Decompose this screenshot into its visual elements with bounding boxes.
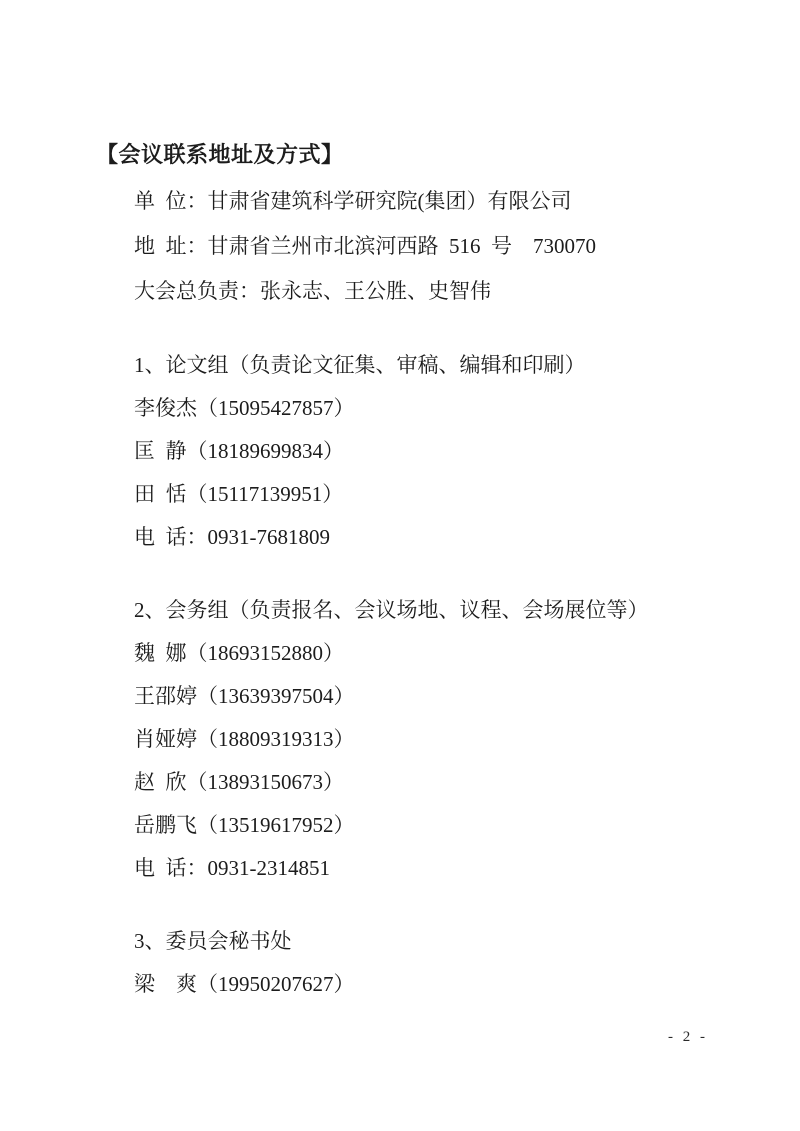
member-line: 李俊杰（15095427857） xyxy=(134,387,705,430)
group-phone-line: 电 话：0931-7681809 xyxy=(134,516,705,559)
member-line: 王邵婷（13639397504） xyxy=(134,675,705,718)
unit-line: 单 位：甘肃省建筑科学研究院(集团）有限公司 xyxy=(134,179,705,224)
member-line: 岳鹏飞（13519617952） xyxy=(134,804,705,847)
member-line: 田 恬（15117139951） xyxy=(134,473,705,516)
member-line: 肖娅婷（18809319313） xyxy=(134,718,705,761)
member-line: 魏 娜（18693152880） xyxy=(134,632,705,675)
group-heading: 1、论文组（负责论文征集、审稿、编辑和印刷） xyxy=(134,344,705,387)
member-line: 匡 静（18189699834） xyxy=(134,430,705,473)
group-heading: 3、委员会秘书处 xyxy=(134,920,705,963)
general-chief-line: 大会总负责：张永志、王公胜、史智伟 xyxy=(134,269,705,314)
group-phone-line: 电 话：0931-2314851 xyxy=(134,847,705,890)
section-title: 【会议联系地址及方式】 xyxy=(96,141,705,169)
member-line: 梁 爽（19950207627） xyxy=(134,963,705,1006)
page-number: - 2 - xyxy=(668,1028,708,1046)
group-heading: 2、会务组（负责报名、会议场地、议程、会场展位等） xyxy=(134,589,705,632)
address-line: 地 址：甘肃省兰州市北滨河西路 516 号 730070 xyxy=(134,224,705,269)
group-committee-secretariat: 3、委员会秘书处 梁 爽（19950207627） xyxy=(134,920,705,1006)
group-conference-affairs-team: 2、会务组（负责报名、会议场地、议程、会场展位等） 魏 娜（1869315288… xyxy=(134,589,705,890)
member-line: 赵 欣（13893150673） xyxy=(134,761,705,804)
contact-info-block: 单 位：甘肃省建筑科学研究院(集团）有限公司 地 址：甘肃省兰州市北滨河西路 5… xyxy=(134,179,705,314)
document-page: 【会议联系地址及方式】 单 位：甘肃省建筑科学研究院(集团）有限公司 地 址：甘… xyxy=(0,0,800,1131)
group-paper-team: 1、论文组（负责论文征集、审稿、编辑和印刷） 李俊杰（15095427857） … xyxy=(134,344,705,559)
